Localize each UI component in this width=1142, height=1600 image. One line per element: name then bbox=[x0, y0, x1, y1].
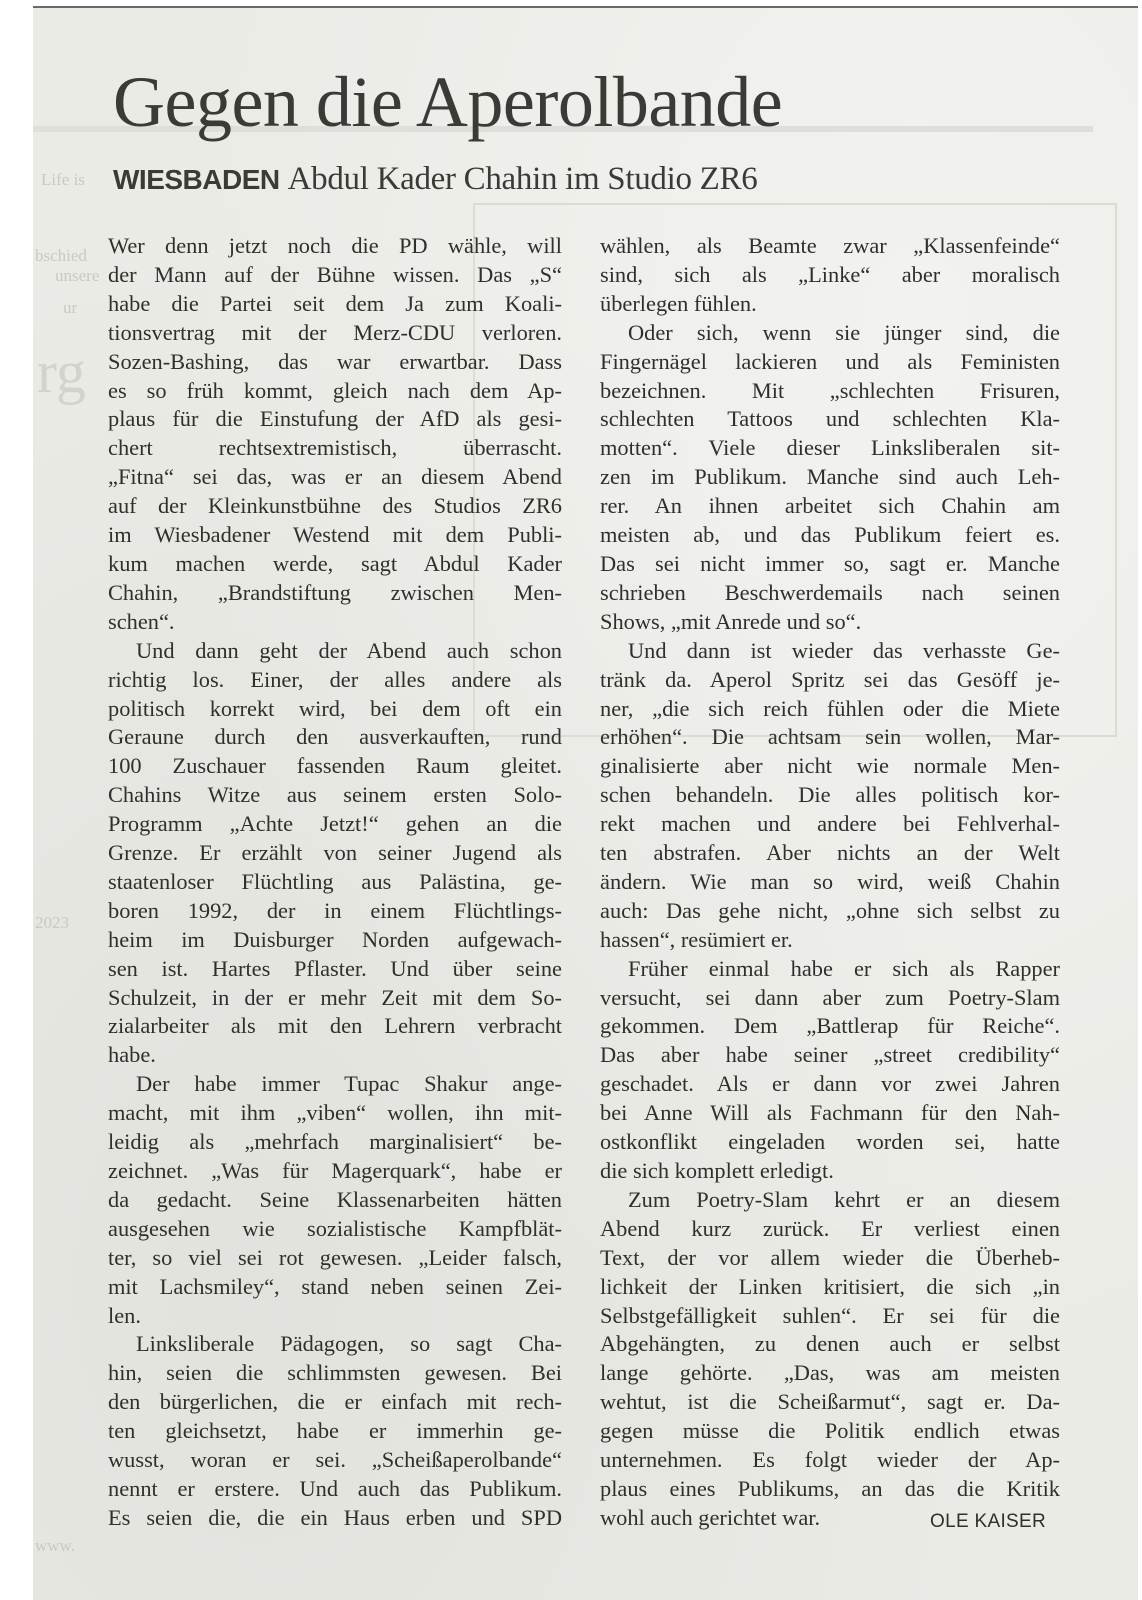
article-line: Zum Poetry-Slam kehrt er an diesem bbox=[600, 1186, 1060, 1215]
article-line: Das sei nicht immer so, sagt er. Manche bbox=[600, 550, 1060, 579]
article-line: ten abstrafen. Aber nichts an der Welt bbox=[600, 839, 1060, 868]
article-line: heim im Duisburger Norden aufgewach- bbox=[108, 926, 562, 955]
article-line: plaus für die Einstufung der AfD als ges… bbox=[108, 405, 562, 434]
article-line: es so früh kommt, gleich nach dem Ap- bbox=[108, 377, 562, 406]
article-line: meisten ab, und das Publikum feiert es. bbox=[600, 521, 1060, 550]
article-line: politisch korrekt wird, bei dem oft ein bbox=[108, 695, 562, 724]
article-line: plaus eines Publikums, an das die Kritik bbox=[600, 1475, 1060, 1504]
article-line: habe die Partei seit dem Ja zum Koali- bbox=[108, 290, 562, 319]
article-line: tionsvertrag mit der Merz-CDU verloren. bbox=[108, 319, 562, 348]
article-line: bei Anne Will als Fachmann für den Nah- bbox=[600, 1099, 1060, 1128]
article-line: zeichnet. „Was für Magerquark“, habe er bbox=[108, 1157, 562, 1186]
article-line: Früher einmal habe er sich als Rapper bbox=[600, 955, 1060, 984]
article-line: staatenloser Flüchtling aus Palästina, g… bbox=[108, 868, 562, 897]
article-line: Und dann geht der Abend auch schon bbox=[108, 637, 562, 666]
article-line: Chahin, „Brandstiftung zwischen Men- bbox=[108, 579, 562, 608]
article-line: gegen müsse die Politik endlich etwas bbox=[600, 1417, 1060, 1446]
article-line: lichkeit der Linken kritisiert, die sich… bbox=[600, 1273, 1060, 1302]
article-line: Text, der vor allem wieder die Überheb- bbox=[600, 1244, 1060, 1273]
article-line: nennt er erstere. Und auch das Publikum. bbox=[108, 1475, 562, 1504]
article-line: Linksliberale Pädagogen, so sagt Cha- bbox=[108, 1330, 562, 1359]
article-line: überlegen fühlen. bbox=[600, 290, 1060, 319]
article-line: motten“. Viele dieser Linksliberalen sit… bbox=[600, 434, 1060, 463]
article-line: boren 1992, der in einem Flüchtlings- bbox=[108, 897, 562, 926]
article-line: auf der Kleinkunstbühne des Studios ZR6 bbox=[108, 492, 562, 521]
article-line: rekt machen und andere bei Fehlverhal- bbox=[600, 810, 1060, 839]
article-line: wusst, woran er sei. „Scheißaperolbande“ bbox=[108, 1446, 562, 1475]
ghost-text: bschied bbox=[35, 246, 87, 266]
ghost-text: www. bbox=[35, 1536, 75, 1556]
article-line: Sozen-Bashing, das war erwartbar. Dass bbox=[108, 348, 562, 377]
article-line: bezeichnen. Mit „schlechten Frisuren, bbox=[600, 377, 1060, 406]
article-line: Chahins Witze aus seinem ersten Solo- bbox=[108, 781, 562, 810]
location-kicker: WIESBADEN bbox=[113, 164, 280, 195]
article-line: sind, sich als „Linke“ aber moralisch bbox=[600, 261, 1060, 290]
article-line: unternehmen. Es folgt wieder der Ap- bbox=[600, 1446, 1060, 1475]
article-line: versucht, sei dann aber zum Poetry-Slam bbox=[600, 984, 1060, 1013]
article-line: Programm „Achte Jetzt!“ gehen an die bbox=[108, 810, 562, 839]
article-line: Wer denn jetzt noch die PD wähle, will bbox=[108, 232, 562, 261]
article-line: schlechten Tattoos und schlechten Kla- bbox=[600, 405, 1060, 434]
article-line: tränk da. Aperol Spritz sei das Gesöff j… bbox=[600, 666, 1060, 695]
article-line: ostkonflikt eingeladen worden sei, hatte bbox=[600, 1128, 1060, 1157]
ghost-text: rg bbox=[37, 338, 86, 407]
article-column-left: Wer denn jetzt noch die PD wähle, willde… bbox=[108, 232, 562, 1533]
article-line: wählen, als Beamte zwar „Klassenfeinde“ bbox=[600, 232, 1060, 261]
ghost-text: ur bbox=[63, 298, 77, 318]
ghost-text: unsere bbox=[55, 266, 99, 286]
article-headline: Gegen die Aperolbande bbox=[113, 62, 782, 142]
ghost-text: 2023 bbox=[35, 913, 69, 933]
article-line: ginalisierte aber nicht wie normale Men- bbox=[600, 752, 1060, 781]
article-line: Grenze. Er erzählt von seiner Jugend als bbox=[108, 839, 562, 868]
article-line: Es seien die, die ein Haus erben und SPD bbox=[108, 1504, 562, 1533]
article-line: die sich komplett erledigt. bbox=[600, 1157, 1060, 1186]
article-line: schen behandeln. Die alles politisch kor… bbox=[600, 781, 1060, 810]
article-line: „Fitna“ sei das, was er an diesem Abend bbox=[108, 463, 562, 492]
article-line: hin, seien die schlimmsten gewesen. Bei bbox=[108, 1359, 562, 1388]
article-line: Shows, „mit Anrede und so“. bbox=[600, 608, 1060, 637]
article-line: Fingernägel lackieren und als Feministen bbox=[600, 348, 1060, 377]
article-line: geschadet. Als er dann vor zwei Jahren bbox=[600, 1070, 1060, 1099]
article-line: ten gleichsetzt, habe er immerhin ge- bbox=[108, 1417, 562, 1446]
author-byline: OLE KAISER bbox=[930, 1508, 1046, 1537]
article-line: Das aber habe seiner „street credibility… bbox=[600, 1041, 1060, 1070]
article-line: wehtut, ist die Scheißarmut“, sagt er. D… bbox=[600, 1388, 1060, 1417]
article-line: len. bbox=[108, 1302, 562, 1331]
article-line: wohl auch gerichtet war.OLE KAISER bbox=[600, 1504, 1060, 1537]
article-line: leidig als „mehrfach marginalisiert“ be- bbox=[108, 1128, 562, 1157]
subheadline-text: Abdul Kader Chahin im Studio ZR6 bbox=[288, 161, 758, 197]
article-line: 100 Zuschauer fassenden Raum gleitet. bbox=[108, 752, 562, 781]
article-line: erhöhen“. Die achtsam sein wollen, Mar- bbox=[600, 723, 1060, 752]
article-line: gekommen. Dem „Battlerap für Reiche“. bbox=[600, 1012, 1060, 1041]
article-line: schen“. bbox=[108, 608, 562, 637]
article-column-right: wählen, als Beamte zwar „Klassenfeinde“s… bbox=[600, 232, 1060, 1537]
article-line: sen ist. Hartes Pflaster. Und über seine bbox=[108, 955, 562, 984]
article-line: kum machen werde, sagt Abdul Kader bbox=[108, 550, 562, 579]
article-line: im Wiesbadener Westend mit dem Publi- bbox=[108, 521, 562, 550]
article-line: mit Lachsmiley“, stand neben seinen Zei- bbox=[108, 1273, 562, 1302]
article-line: auch: Das gehe nicht, „ohne sich selbst … bbox=[600, 897, 1060, 926]
article-line: Und dann ist wieder das verhasste Ge- bbox=[600, 637, 1060, 666]
article-line: rer. An ihnen arbeitet sich Chahin am bbox=[600, 492, 1060, 521]
article-line: richtig los. Einer, der alles andere als bbox=[108, 666, 562, 695]
article-line: ändern. Wie man so wird, weiß Chahin bbox=[600, 868, 1060, 897]
article-line: zen im Publikum. Manche sind auch Leh- bbox=[600, 463, 1060, 492]
article-line: ausgesehen wie sozialistische Kampfblät- bbox=[108, 1215, 562, 1244]
article-line: habe. bbox=[108, 1041, 562, 1070]
article-line: ter, so viel sei rot gewesen. „Leider fa… bbox=[108, 1244, 562, 1273]
article-line: Oder sich, wenn sie jünger sind, die bbox=[600, 319, 1060, 348]
article-line: da gedacht. Seine Klassenarbeiten hätten bbox=[108, 1186, 562, 1215]
article-line: chert rechtsextremistisch, überrascht. bbox=[108, 434, 562, 463]
article-line: schrieben Beschwerdemails nach seinen bbox=[600, 579, 1060, 608]
article-line: Der habe immer Tupac Shakur ange- bbox=[108, 1070, 562, 1099]
ghost-text: Life is bbox=[41, 170, 85, 190]
article-line: lange gehörte. „Das, was am meisten bbox=[600, 1359, 1060, 1388]
article-line: hassen“, resümiert er. bbox=[600, 926, 1060, 955]
article-line-text: wohl auch gerichtet war. bbox=[600, 1504, 820, 1537]
article-subheadline: WIESBADENAbdul Kader Chahin im Studio ZR… bbox=[113, 158, 757, 201]
article-line: Schulzeit, in der er mehr Zeit mit dem S… bbox=[108, 984, 562, 1013]
article-line: Selbstgefälligkeit suhlen“. Er sei für d… bbox=[600, 1302, 1060, 1331]
article-line: den bürgerlichen, die er einfach mit rec… bbox=[108, 1388, 562, 1417]
article-line: ner, „die sich reich fühlen oder die Mie… bbox=[600, 695, 1060, 724]
article-line: Abend kurz zurück. Er verliest einen bbox=[600, 1215, 1060, 1244]
article-line: Geraune durch den ausverkauften, rund bbox=[108, 723, 562, 752]
article-line: der Mann auf der Bühne wissen. Das „S“ bbox=[108, 261, 562, 290]
article-line: macht, mit ihm „viben“ wollen, ihn mit- bbox=[108, 1099, 562, 1128]
article-line: zialarbeiter als mit den Lehrern verbrac… bbox=[108, 1012, 562, 1041]
article-line: Abgehängten, zu denen auch er selbst bbox=[600, 1330, 1060, 1359]
